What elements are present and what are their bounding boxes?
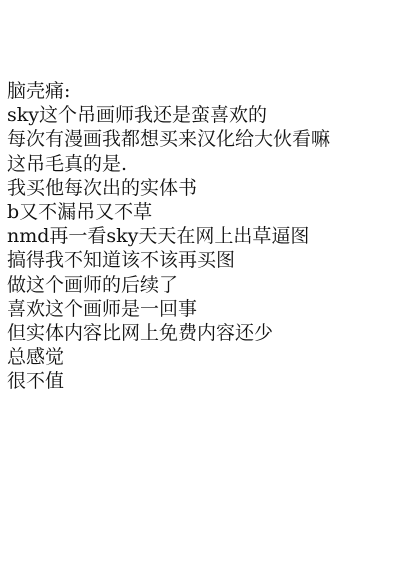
note-line: 每次有漫画我都想买来汉化给大伙看嘛 xyxy=(7,127,397,151)
note-line: 很不值 xyxy=(7,369,397,393)
note-line: 搞得我不知道该不该再买图 xyxy=(7,248,397,272)
note-line: sky这个吊画师我还是蛮喜欢的 xyxy=(7,103,397,127)
note-line: 总感觉 xyxy=(7,345,397,369)
note-line: 这吊毛真的是. xyxy=(7,152,397,176)
note-line: b又不漏吊又不草 xyxy=(7,200,397,224)
note-title: 脑壳痛: xyxy=(7,79,397,103)
note-line: 我买他每次出的实体书 xyxy=(7,176,397,200)
note-line: 喜欢这个画师是一回事 xyxy=(7,297,397,321)
note-line: 做这个画师的后续了 xyxy=(7,273,397,297)
note-line: nmd再一看sky天天在网上出草逼图 xyxy=(7,224,397,248)
note-body: 脑壳痛: sky这个吊画师我还是蛮喜欢的 每次有漫画我都想买来汉化给大伙看嘛 这… xyxy=(7,79,397,394)
note-line: 但实体内容比网上免费内容还少 xyxy=(7,321,397,345)
